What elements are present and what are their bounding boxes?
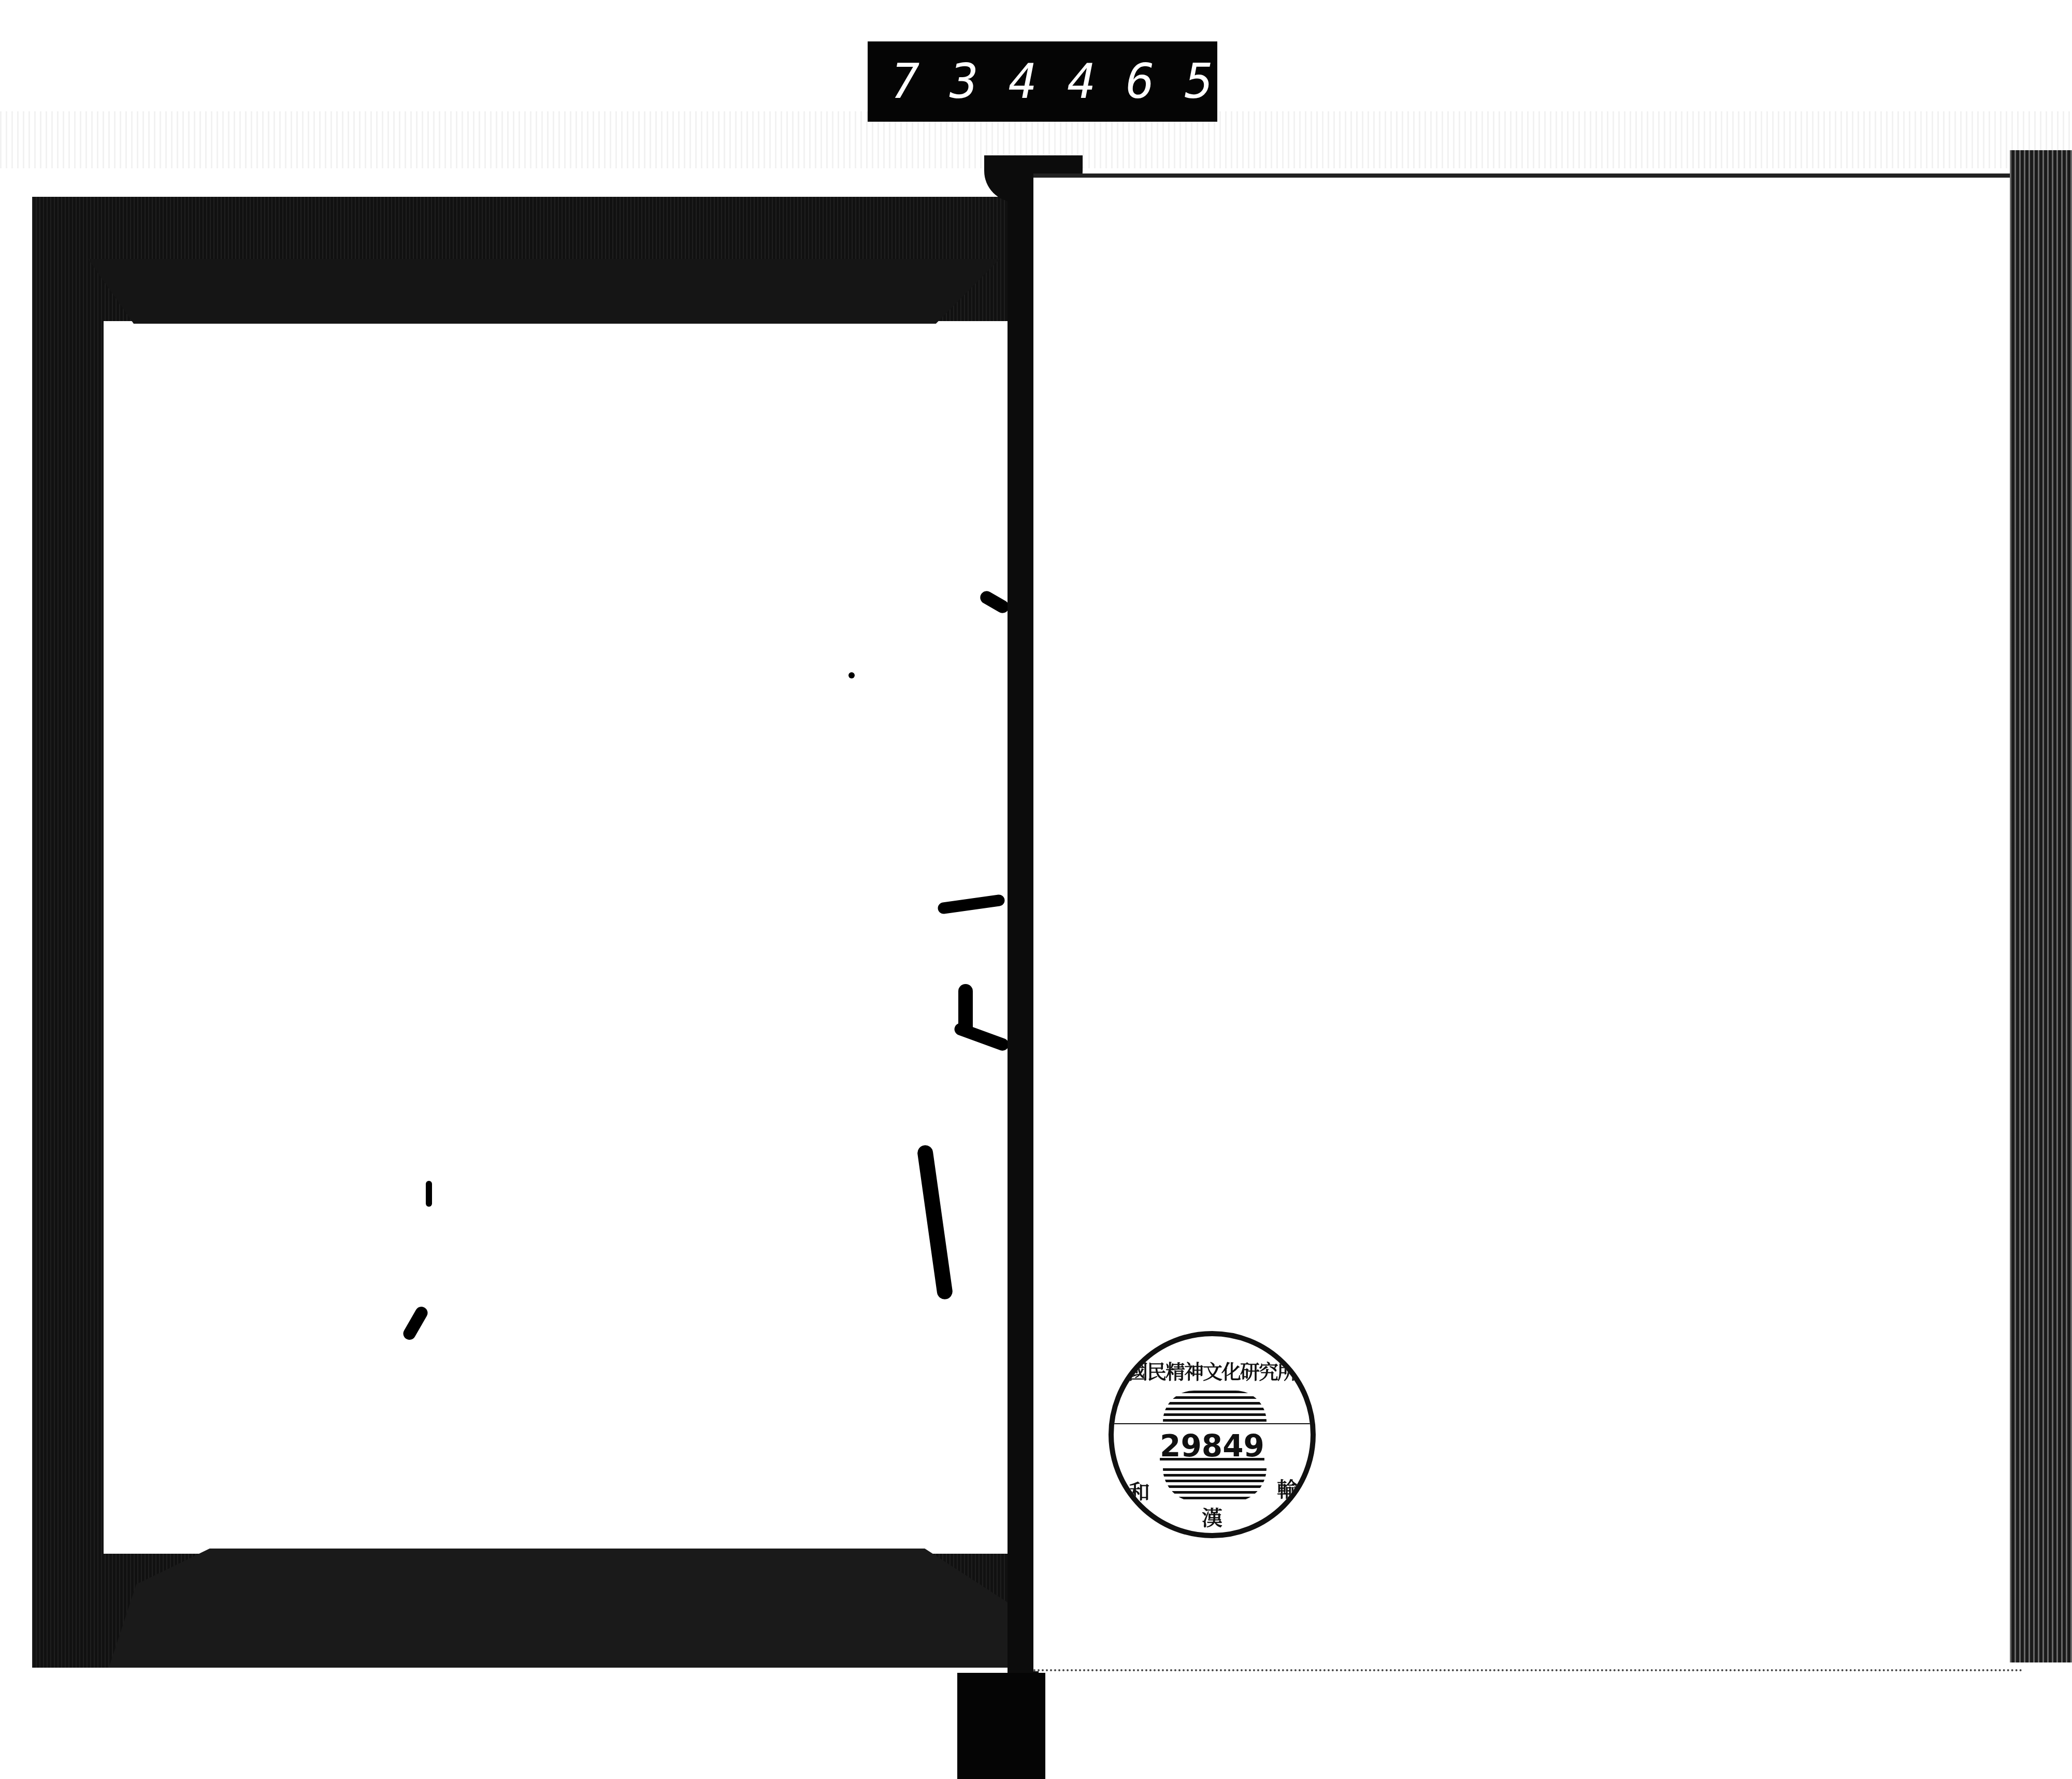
cover-turnover-top [88, 259, 1000, 324]
ink-mark [426, 1181, 432, 1207]
stamp-left-char: 和 [1129, 1476, 1150, 1506]
ink-mark [848, 672, 855, 678]
library-stamp: 國民精神文化研究所 29849 和 漢 輸 [1109, 1331, 1316, 1538]
frame-counter-right: 465. [1067, 54, 1302, 109]
page-block-edge [2010, 150, 2072, 1662]
stamp-right-char: 輸 [1277, 1473, 1298, 1503]
stamp-number: 29849 [1114, 1428, 1311, 1464]
stamp-divider [1114, 1423, 1311, 1424]
frame-counter-left: 734 [891, 54, 1067, 109]
stamp-bottom-char: 漢 [1202, 1502, 1222, 1531]
left-endpaper [104, 321, 1015, 1554]
stamp-hatched-bottom [1163, 1468, 1267, 1502]
spine-foot [957, 1673, 1045, 1779]
stamp-hatched-top [1163, 1391, 1267, 1422]
stamp-arc-text: 國民精神文化研究所 [1114, 1356, 1311, 1384]
cover-turnover-bottom [109, 1549, 1026, 1668]
frame-counter: 734 465. [868, 41, 1217, 122]
